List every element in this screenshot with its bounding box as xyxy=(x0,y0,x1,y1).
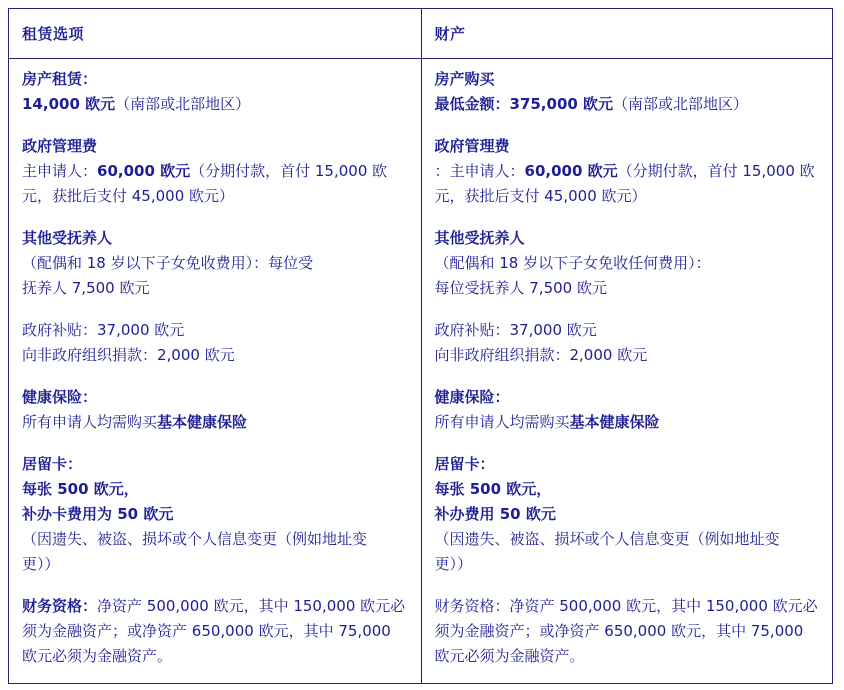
bold-text: 财务资格： xyxy=(22,597,97,615)
text-line: 所有申请人均需购买基本健康保险 xyxy=(435,410,820,435)
paragraph: 健康保险：所有申请人均需购买基本健康保险 xyxy=(22,385,408,435)
text-line: 健康保险： xyxy=(435,385,820,410)
regular-text: 欧元必须为金融资产。 xyxy=(22,647,172,665)
bold-text: 补办卡费用为 50 欧元 xyxy=(22,505,173,523)
text-line: 政府管理费 xyxy=(435,134,820,159)
bold-text: 60,000 欧元 xyxy=(97,162,190,180)
text-line: 须为金融资产；或净资产 650,000 欧元，其中 75,000 xyxy=(435,619,820,644)
text-line: 其他受抚养人 xyxy=(22,226,408,251)
bold-text: 其他受抚养人 xyxy=(22,229,112,247)
paragraph: 其他受抚养人（配偶和 18 岁以下子女免收任何费用）：每位受抚养人 7,500 … xyxy=(435,226,820,301)
text-line: 每位受抚养人 7,500 欧元 xyxy=(435,276,820,301)
text-line: 政府管理费 xyxy=(22,134,408,159)
text-line: 房产购买 xyxy=(435,67,820,92)
text-line: 补办卡费用为 50 欧元 xyxy=(22,502,408,527)
regular-text: 主申请人： xyxy=(22,162,97,180)
text-line: 欧元必须为金融资产。 xyxy=(435,644,820,669)
column-rental-option: 租赁选项 房产租赁：14,000 欧元（南部或北部地区）政府管理费主申请人：60… xyxy=(9,9,421,683)
text-line: （因遗失、被盗、损坏或个人信息变更（例如地址变 xyxy=(22,527,408,552)
paragraph: 居留卡：每张 500 欧元，补办卡费用为 50 欧元（因遗失、被盗、损坏或个人信… xyxy=(22,452,408,577)
paragraph: 政府补贴：37,000 欧元向非政府组织捐款：2,000 欧元 xyxy=(22,318,408,368)
bold-text: 健康保险： xyxy=(435,388,510,406)
regular-text: 元，获批后支付 45,000 欧元） xyxy=(22,187,234,205)
text-line: 向非政府组织捐款：2,000 欧元 xyxy=(22,343,408,368)
regular-text: 每位受抚养人 7,500 欧元 xyxy=(435,279,607,297)
bold-text: 房产购买 xyxy=(435,70,495,88)
text-line: 居留卡： xyxy=(435,452,820,477)
text-line: 更）） xyxy=(435,552,820,577)
regular-text: （分期付款，首付 15,000 欧 xyxy=(618,162,815,180)
column-property: 财产 房产购买最低金额：375,000 欧元（南部或北部地区）政府管理费：主申请… xyxy=(421,9,833,683)
regular-text: （分期付款，首付 15,000 欧 xyxy=(190,162,387,180)
text-line: 政府补贴：37,000 欧元 xyxy=(435,318,820,343)
paragraph: 政府管理费：主申请人：60,000 欧元（分期付款，首付 15,000 欧元，获… xyxy=(435,134,820,209)
column-header-property: 财产 xyxy=(422,9,833,59)
regular-text: 净资产 500,000 欧元，其中 150,000 欧元必 xyxy=(97,597,405,615)
paragraph: 政府管理费主申请人：60,000 欧元（分期付款，首付 15,000 欧元，获批… xyxy=(22,134,408,209)
text-line: 向非政府组织捐款：2,000 欧元 xyxy=(435,343,820,368)
regular-text: 欧元必须为金融资产。 xyxy=(435,647,585,665)
paragraph: 居留卡：每张 500 欧元，补办费用 50 欧元（因遗失、被盗、损坏或个人信息变… xyxy=(435,452,820,577)
bold-text: 政府管理费 xyxy=(22,137,97,155)
pricing-comparison-table: 租赁选项 房产租赁：14,000 欧元（南部或北部地区）政府管理费主申请人：60… xyxy=(8,8,833,684)
text-line: （配偶和 18 岁以下子女免收任何费用）： xyxy=(435,251,820,276)
regular-text: 须为金融资产；或净资产 650,000 欧元，其中 75,000 xyxy=(435,622,804,640)
bold-text: 其他受抚养人 xyxy=(435,229,525,247)
text-line: 财务资格：净资产 500,000 欧元，其中 150,000 欧元必 xyxy=(22,594,408,619)
regular-text: 须为金融资产；或净资产 650,000 欧元，其中 75,000 xyxy=(22,622,391,640)
regular-text: （因遗失、被盗、损坏或个人信息变更（例如地址变 xyxy=(22,530,367,548)
regular-text: 更）） xyxy=(22,555,60,573)
text-line: 其他受抚养人 xyxy=(435,226,820,251)
regular-text: 元，获批后支付 45,000 欧元） xyxy=(435,187,647,205)
text-line: 抚养人 7,500 欧元 xyxy=(22,276,408,301)
regular-text: （南部或北部地区） xyxy=(115,95,250,113)
bold-text: 每张 500 欧元， xyxy=(435,480,552,498)
regular-text: 政府补贴：37,000 欧元 xyxy=(435,321,597,339)
regular-text: ：主申请人： xyxy=(435,162,525,180)
paragraph: 健康保险：所有申请人均需购买基本健康保险 xyxy=(435,385,820,435)
bold-text: 14,000 欧元 xyxy=(22,95,115,113)
bold-text: 居留卡： xyxy=(435,455,495,473)
regular-text: （南部或北部地区） xyxy=(613,95,748,113)
regular-text: （配偶和 18 岁以下子女免收费用）：每位受 xyxy=(22,254,313,272)
text-line: 每张 500 欧元， xyxy=(22,477,408,502)
regular-text: 所有申请人均需购买 xyxy=(22,413,157,431)
bold-text: 基本健康保险 xyxy=(157,413,247,431)
text-line: 补办费用 50 欧元 xyxy=(435,502,820,527)
paragraph: 政府补贴：37,000 欧元向非政府组织捐款：2,000 欧元 xyxy=(435,318,820,368)
text-line: 主申请人：60,000 欧元（分期付款，首付 15,000 欧 xyxy=(22,159,408,184)
text-line: 更）） xyxy=(22,552,408,577)
regular-text: 政府补贴：37,000 欧元 xyxy=(22,321,184,339)
text-line: 居留卡： xyxy=(22,452,408,477)
paragraph: 房产租赁：14,000 欧元（南部或北部地区） xyxy=(22,67,408,117)
bold-text: 健康保险： xyxy=(22,388,97,406)
text-line: 健康保险： xyxy=(22,385,408,410)
text-line: 财务资格：净资产 500,000 欧元，其中 150,000 欧元必 xyxy=(435,594,820,619)
text-line: ：主申请人：60,000 欧元（分期付款，首付 15,000 欧 xyxy=(435,159,820,184)
bold-text: 政府管理费 xyxy=(435,137,510,155)
text-line: （因遗失、被盗、损坏或个人信息变更（例如地址变 xyxy=(435,527,820,552)
paragraph: 财务资格：净资产 500,000 欧元，其中 150,000 欧元必须为金融资产… xyxy=(435,594,820,669)
text-line: 14,000 欧元（南部或北部地区） xyxy=(22,92,408,117)
bold-text: 每张 500 欧元， xyxy=(22,480,139,498)
bold-text: 补办费用 50 欧元 xyxy=(435,505,556,523)
regular-text: 向非政府组织捐款：2,000 欧元 xyxy=(435,346,648,364)
text-line: 政府补贴：37,000 欧元 xyxy=(22,318,408,343)
property-details-cell: 房产购买最低金额：375,000 欧元（南部或北部地区）政府管理费：主申请人：6… xyxy=(422,59,833,683)
regular-text: 所有申请人均需购买 xyxy=(435,413,570,431)
regular-text: 财务资格：净资产 500,000 欧元，其中 150,000 欧元必 xyxy=(435,597,818,615)
regular-text: （配偶和 18 岁以下子女免收任何费用）： xyxy=(435,254,711,272)
text-line: 房产租赁： xyxy=(22,67,408,92)
bold-text: 最低金额：375,000 欧元 xyxy=(435,95,614,113)
bold-text: 房产租赁： xyxy=(22,70,97,88)
text-line: 欧元必须为金融资产。 xyxy=(22,644,408,669)
rental-details-cell: 房产租赁：14,000 欧元（南部或北部地区）政府管理费主申请人：60,000 … xyxy=(9,59,421,683)
regular-text: 更）） xyxy=(435,555,473,573)
paragraph: 财务资格：净资产 500,000 欧元，其中 150,000 欧元必须为金融资产… xyxy=(22,594,408,669)
bold-text: 居留卡： xyxy=(22,455,82,473)
text-line: 元，获批后支付 45,000 欧元） xyxy=(22,184,408,209)
text-line: 每张 500 欧元， xyxy=(435,477,820,502)
paragraph: 房产购买最低金额：375,000 欧元（南部或北部地区） xyxy=(435,67,820,117)
text-line: （配偶和 18 岁以下子女免收费用）：每位受 xyxy=(22,251,408,276)
regular-text: 向非政府组织捐款：2,000 欧元 xyxy=(22,346,235,364)
text-line: 最低金额：375,000 欧元（南部或北部地区） xyxy=(435,92,820,117)
bold-text: 基本健康保险 xyxy=(570,413,660,431)
text-line: 元，获批后支付 45,000 欧元） xyxy=(435,184,820,209)
column-header-rental: 租赁选项 xyxy=(9,9,421,59)
text-line: 须为金融资产；或净资产 650,000 欧元，其中 75,000 xyxy=(22,619,408,644)
regular-text: 抚养人 7,500 欧元 xyxy=(22,279,149,297)
regular-text: （因遗失、被盗、损坏或个人信息变更（例如地址变 xyxy=(435,530,780,548)
bold-text: 60,000 欧元 xyxy=(525,162,618,180)
text-line: 所有申请人均需购买基本健康保险 xyxy=(22,410,408,435)
paragraph: 其他受抚养人（配偶和 18 岁以下子女免收费用）：每位受抚养人 7,500 欧元 xyxy=(22,226,408,301)
